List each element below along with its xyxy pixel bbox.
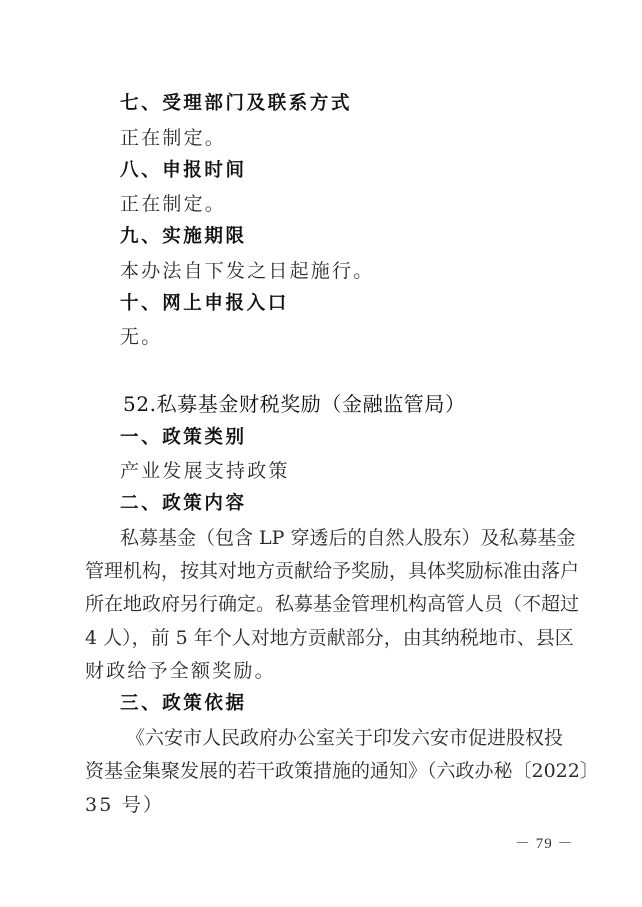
basis-line-1: 《六安市人民政府办公室关于印发六安市促进股权投 — [126, 726, 557, 750]
section-heading-category: 一、政策类别 — [120, 426, 247, 450]
content-line-5: 财政给予全额奖励。 — [85, 659, 276, 683]
basis-line-2: 资基金集聚发展的若干政策措施的通知》（六政办秘〔2022〕 — [85, 759, 557, 783]
content-line-4: 4 人），前 5 年个人对地方贡献部分，由其纳税地市、县区 — [85, 626, 557, 650]
section-heading-period: 九、实施期限 — [120, 225, 247, 249]
section-heading-contact: 七、受理部门及联系方式 — [120, 92, 352, 116]
content-line-1: 私募基金（包含 LP 穿透后的自然人股东）及私募基金 — [120, 526, 557, 550]
section-heading-basis: 三、政策依据 — [120, 692, 247, 716]
content-line-3: 所在地政府另行确定。私募基金管理机构高管人员（不超过 — [85, 592, 557, 616]
basis-line-3: 35 号） — [85, 793, 164, 817]
section-body-period: 本办法自下发之日起施行。 — [120, 259, 374, 283]
document-page: 七、受理部门及联系方式 正在制定。 八、申报时间 正在制定。 九、实施期限 本办… — [0, 0, 642, 907]
section-body-contact: 正在制定。 — [120, 126, 226, 150]
content-line-2: 管理机构，按其对地方贡献给予奖励，具体奖励标准由落户 — [85, 559, 557, 583]
section-heading-content: 二、政策内容 — [120, 492, 247, 516]
section-heading-online-entry: 十、网上申报入口 — [120, 292, 289, 316]
section-heading-apply-time: 八、申报时间 — [120, 159, 247, 183]
section-body-category: 产业发展支持政策 — [120, 459, 290, 483]
policy-title: 52.私募基金财税奖励（金融监管局） — [123, 392, 466, 416]
page-number: － 79 － — [515, 832, 574, 853]
section-body-apply-time: 正在制定。 — [120, 192, 226, 216]
section-body-online-entry: 无。 — [120, 325, 162, 349]
